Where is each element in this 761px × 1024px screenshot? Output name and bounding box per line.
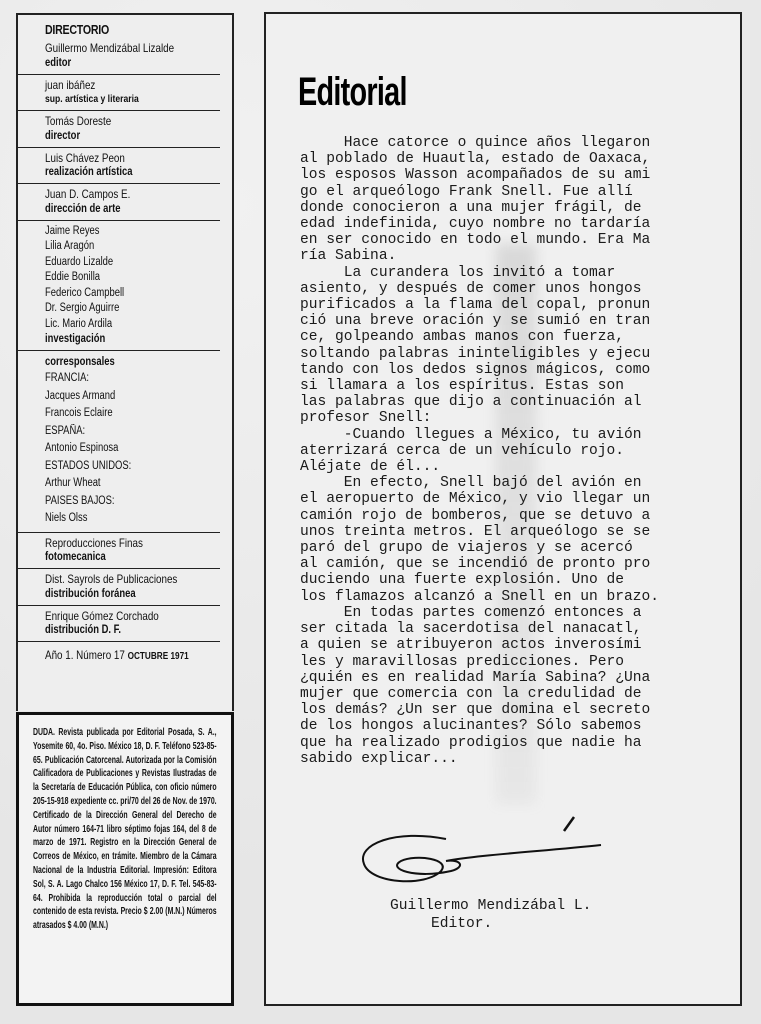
editorial-line: ció una breve oración y se sumió en tran [300, 313, 748, 329]
editorial-line: profesor Snell: [300, 410, 748, 426]
correspondent-line: FRANCIA: [45, 370, 189, 388]
entry-role: director [45, 129, 189, 143]
editorial-line: -Cuando llegues a México, tu avión [300, 427, 748, 443]
editorial-line: mujer que comercia con la credulidad de [300, 686, 748, 702]
editorial-line: si llamara a los espíritus. Estas son [300, 378, 748, 394]
editorial-line: al camión, que se incendió de pronto pro [300, 556, 748, 572]
editorial-line: ser citada la sacerdotisa del nanacatl, [300, 621, 748, 637]
directory-entry: Tomás Doreste director [18, 111, 220, 148]
correspondent-line: ESTADOS UNIDOS: [45, 458, 189, 476]
directory-entry: Juan D. Campos E. dirección de arte [18, 184, 220, 221]
editorial-line: ría Sabina. [300, 248, 748, 264]
entry-role: editor [45, 56, 189, 70]
editorial-line: ¿quién es en realidad María Sabina? ¿Una [300, 670, 748, 686]
editorial-line: los flamazos alcanzó a Snell en un brazo… [300, 589, 748, 605]
editorial-line: purificados a la flama del copal, pronun [300, 297, 748, 313]
editorial-line: Aléjate de él... [300, 459, 748, 475]
editorial-title: Editorial [298, 72, 407, 112]
entry-name: Dist. Sayrols de Publicaciones [45, 572, 189, 587]
editorial-line: de los hongos alucinantes? Sólo sabemos [300, 718, 748, 734]
directory-entry-editor: Guillermo Mendizábal Lizalde editor [18, 41, 220, 75]
editorial-line: el aeropuerto de México, y vio llegar un [300, 491, 748, 507]
editorial-line: En todas partes comenzó entonces a [300, 605, 748, 621]
research-name: Lilia Aragón [45, 239, 189, 255]
entry-role: sup. artística y literaria [45, 92, 189, 106]
correspondents-title: corresponsales [45, 354, 189, 370]
issue-label: Año 1. Número [45, 648, 111, 662]
editorial-line: paró del grupo de viajeros y se acercó [300, 540, 748, 556]
editorial-line: en ser conocido en todo el mundo. Era Ma [300, 232, 748, 248]
editorial-line: En efecto, Snell bajó del avión en [300, 475, 748, 491]
directory-panel: DIRECTORIO Guillermo Mendizábal Lizalde … [16, 13, 234, 711]
editorial-line: las palabras que dijo a continuación al [300, 394, 748, 410]
research-name: Jaime Reyes [45, 224, 189, 240]
directory-service: Dist. Sayrols de Publicaciones distribuc… [18, 569, 220, 606]
correspondent-line: Francois Eclaire [45, 405, 189, 423]
entry-name: Tomás Doreste [45, 114, 189, 129]
issue-info: Año 1. Número 17 OCTUBRE 1971 [18, 642, 220, 668]
directory-service: Reproducciones Finas fotomecanica [18, 533, 220, 570]
entry-name: Guillermo Mendizábal Lizalde [45, 41, 189, 56]
editorial-line: ce, golpeando ambas manos con fuerza, [300, 329, 748, 345]
directory-content: DIRECTORIO Guillermo Mendizábal Lizalde … [45, 23, 220, 668]
research-name: Eddie Bonilla [45, 270, 189, 286]
entry-name: juan ibáñez [45, 78, 189, 93]
directory-entry: juan ibáñez sup. artística y literaria [18, 75, 220, 112]
editorial-line: La curandera los invitó a tomar [300, 265, 748, 281]
issue-line: Año 1. Número 17 OCTUBRE 1971 [45, 645, 189, 664]
editorial-line: al poblado de Huautla, estado de Oaxaca, [300, 151, 748, 167]
editorial-line: soltando palabras ininteligibles y ejecu [300, 346, 748, 362]
issue-number: 17 [114, 648, 125, 662]
signature-role: Editor. [431, 916, 492, 932]
editorial-line: edad indefinida, cuyo nombre no tardaría [300, 216, 748, 232]
directory-service: Enrique Gómez Corchado distribución D. F… [18, 606, 220, 643]
editorial-line: les y maravillosas predicciones. Pero [300, 654, 748, 670]
editorial-line: go el arqueólogo Frank Snell. Fue allí [300, 184, 748, 200]
issue-date: OCTUBRE 1971 [128, 651, 189, 662]
editorial-line: tando con los dedos signos mágicos, como [300, 362, 748, 378]
research-name: Lic. Mario Ardila [45, 317, 189, 333]
directory-title: DIRECTORIO [45, 23, 194, 37]
signature-name: Guillermo Mendizábal L. [390, 898, 591, 914]
entry-role: distribución foránea [45, 587, 189, 601]
directory-entry: Luis Chávez Peon realización artística [18, 148, 220, 185]
research-name: Federico Campbell [45, 286, 189, 302]
editorial-line: asiento, y después de comer unos hongos [300, 281, 748, 297]
correspondent-line: PAISES BAJOS: [45, 493, 189, 511]
entry-role: fotomecanica [45, 550, 189, 564]
correspondent-line: Niels Olss [45, 510, 189, 528]
directory-research: Jaime ReyesLilia AragónEduardo LizaldeEd… [18, 221, 220, 352]
editorial-line: camión rojo de bomberos, que se detuvo a [300, 508, 748, 524]
editorial-body: Hace catorce o quince años llegaronal po… [300, 135, 748, 767]
directory-correspondents: corresponsales FRANCIA:Jacques ArmandFra… [18, 351, 220, 533]
editorial-line: duciendo una fuerte explosión. Uno de [300, 572, 748, 588]
legal-notice-text: DUDA. Revista publicada por Editorial Po… [33, 726, 217, 933]
entry-role: realización artística [45, 165, 189, 179]
entry-role: dirección de arte [45, 202, 189, 216]
research-name: Eduardo Lizalde [45, 255, 189, 271]
entry-name: Enrique Gómez Corchado [45, 609, 189, 624]
editorial-line: que ha realizado prodigios que nadie ha [300, 735, 748, 751]
editorial-panel: Editorial Hace catorce o quince años lle… [264, 12, 742, 1006]
editorial-line: aterrizará cerca de un vehículo rojo. [300, 443, 748, 459]
editorial-line: a quien se atribuyeron actos inverosími [300, 637, 748, 653]
correspondent-line: Jacques Armand [45, 388, 189, 406]
correspondent-line: ESPAÑA: [45, 423, 189, 441]
research-role: investigación [45, 332, 189, 346]
research-name: Dr. Sergio Aguirre [45, 301, 189, 317]
editorial-line: sabido explicar... [300, 751, 748, 767]
entry-name: Juan D. Campos E. [45, 187, 189, 202]
editorial-line: Hace catorce o quince años llegaron [300, 135, 748, 151]
editorial-line: unos treinta metros. El arqueólogo se se [300, 524, 748, 540]
correspondent-line: Arthur Wheat [45, 475, 189, 493]
research-names: Jaime ReyesLilia AragónEduardo LizaldeEd… [45, 224, 220, 333]
signature-icon [356, 809, 616, 889]
entry-name: Luis Chávez Peon [45, 151, 189, 166]
entry-role: distribución D. F. [45, 623, 189, 637]
correspondents-list: FRANCIA:Jacques ArmandFrancois EclaireES… [45, 370, 220, 528]
editorial-line: donde conocieron a una mujer frágil, de [300, 200, 748, 216]
correspondent-line: Antonio Espinosa [45, 440, 189, 458]
editorial-line: los esposos Wasson acompañados de su ami [300, 167, 748, 183]
editorial-line: los demás? ¿Un ser que domina el secreto [300, 702, 748, 718]
entry-name: Reproducciones Finas [45, 536, 189, 551]
legal-notice-box: DUDA. Revista publicada por Editorial Po… [16, 712, 234, 1006]
